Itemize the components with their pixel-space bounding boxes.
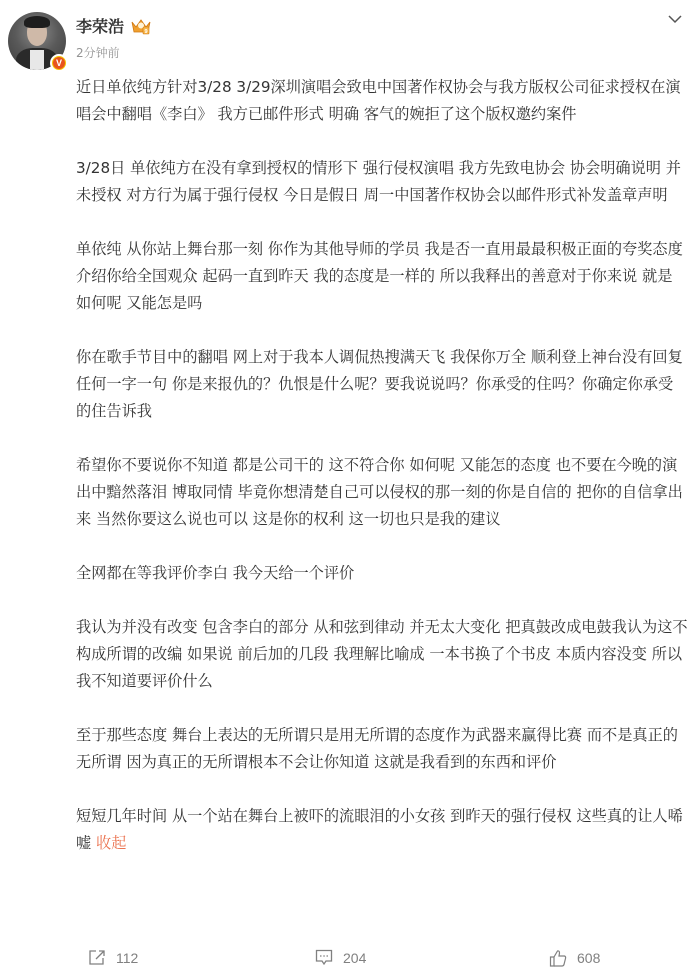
post-actions-bar: 112 204 608 (0, 945, 695, 977)
crown-icon[interactable]: 9 (131, 18, 151, 35)
avatar[interactable]: V (8, 12, 66, 70)
comment-count: 204 (343, 950, 366, 966)
avatar-tee (30, 50, 44, 70)
post-paragraph-last: 短短几年时间 从一个站在舞台上被吓的流眼泪的小女孩 到昨天的强行侵权 这些真的让… (76, 803, 688, 857)
like-count: 608 (577, 950, 600, 966)
post-paragraph: 3/28日 单依纯方在没有拿到授权的情形下 强行侵权演唱 我方先致电协会 协会明… (76, 155, 688, 209)
post-paragraph: 全网都在等我评价李白 我今天给一个评价 (76, 560, 688, 587)
post-paragraph: 单依纯 从你站上舞台那一刻 你作为其他导师的学员 我是否一直用最最积极正面的夸奖… (76, 236, 688, 317)
thumbs-up-icon (549, 949, 567, 967)
verified-badge-label: V (53, 57, 65, 69)
comment-button[interactable]: 204 (315, 949, 366, 966)
verified-badge-icon: V (50, 54, 68, 72)
post-paragraph: 希望你不要说你不知道 都是公司干的 这不符合你 如何呢 又能怎的态度 也不要在今… (76, 452, 688, 533)
post-paragraph: 近日单依纯方针对3/28 3/29深圳演唱会致电中国著作权协会与我方版权公司征求… (76, 74, 688, 128)
repost-count: 112 (116, 950, 138, 966)
avatar-hair (24, 16, 50, 28)
author-name[interactable]: 李荣浩 (76, 17, 124, 37)
chevron-down-icon[interactable] (668, 14, 682, 24)
post-paragraph: 你在歌手节目中的翻唱 网上对于我本人调侃热搜满天飞 我保你万全 顺利登上神台没有… (76, 344, 688, 425)
comment-icon (315, 949, 333, 966)
like-button[interactable]: 608 (549, 949, 600, 967)
post-body: 近日单依纯方针对3/28 3/29深圳演唱会致电中国著作权协会与我方版权公司征求… (76, 74, 688, 857)
repost-button[interactable]: 112 (88, 949, 138, 966)
collapse-link[interactable]: 收起 (96, 834, 126, 852)
post-paragraph-text: 短短几年时间 从一个站在舞台上被吓的流眼泪的小女孩 到昨天的强行侵权 这些真的让… (76, 807, 683, 852)
post-header: V 李荣浩 9 2分钟前 (0, 0, 695, 72)
repost-icon (88, 949, 106, 966)
post-paragraph: 我认为并没有改变 包含李白的部分 从和弦到律动 并无太大变化 把真鼓改成电鼓我认… (76, 614, 688, 695)
post-timestamp[interactable]: 2分钟前 (76, 45, 120, 61)
post-paragraph: 至于那些态度 舞台上表达的无所谓只是用无所谓的态度作为武器来赢得比赛 而不是真正… (76, 722, 688, 776)
svg-text:9: 9 (144, 29, 147, 35)
